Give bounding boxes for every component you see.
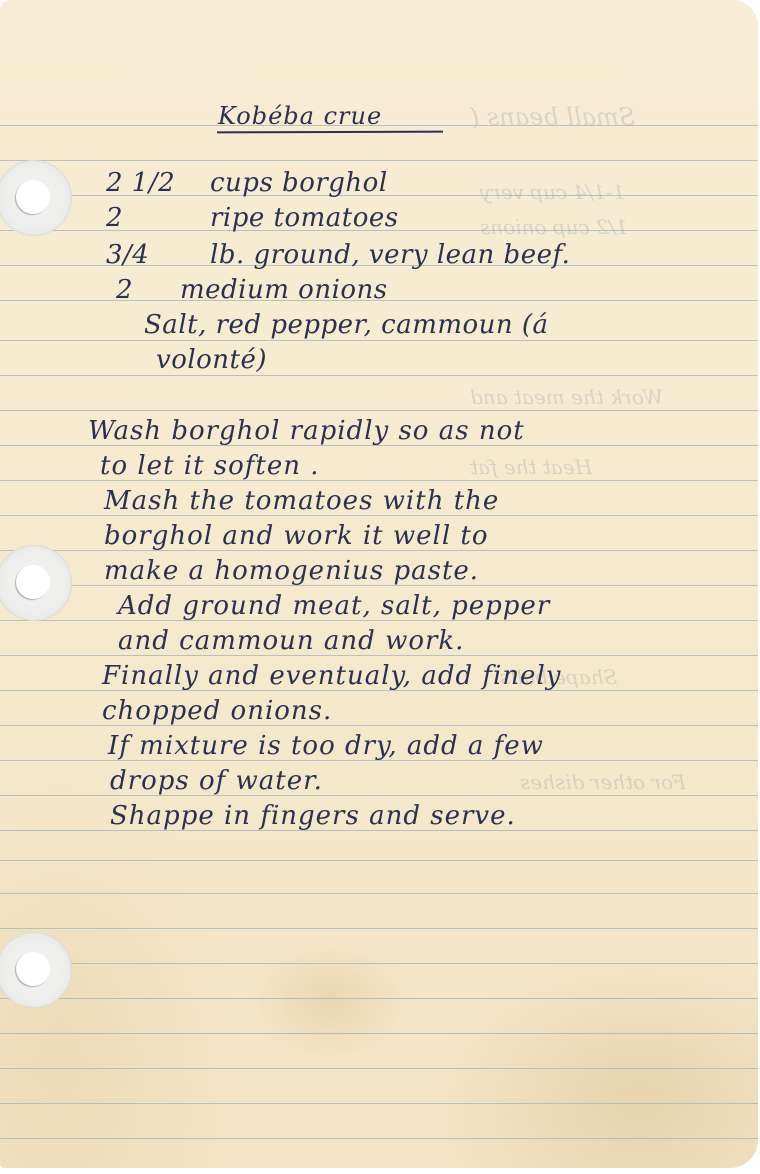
rule-line (0, 860, 758, 861)
ingredient-item: cups borghol (210, 168, 388, 198)
recipe-title: Kobéba crue (218, 104, 382, 128)
ingredient-row: 2medium onions (116, 277, 388, 303)
instruction-line: Wash borghol rapidly so as not (88, 418, 525, 444)
instruction-line: If mixture is too dry, add a few (108, 733, 544, 759)
ingredient-item: medium onions (180, 275, 388, 305)
ingredient-qty: 2 1/2 (106, 170, 210, 196)
binder-hole (0, 545, 72, 621)
bleed-through-text: 1/2 cup onions (480, 215, 628, 239)
rule-line (0, 963, 758, 964)
bleed-through-text: Small beans ( (470, 103, 635, 131)
rule-line (0, 1138, 758, 1139)
instruction-line: borghol and work it well to (104, 523, 489, 549)
bleed-through-text: Work the meat and (470, 385, 663, 409)
rule-line (0, 340, 758, 341)
hole-center (16, 565, 50, 599)
instruction-line: to let it soften . (100, 453, 320, 479)
rule-line (0, 998, 758, 999)
ingredient-qty: 2 (106, 205, 210, 231)
hole-center (16, 180, 50, 214)
seasoning-line: Salt, red pepper, cammoun (á (144, 312, 549, 338)
rule-line (0, 410, 758, 411)
seasoning-line: volonté) (156, 347, 267, 373)
rule-line (0, 1103, 758, 1104)
ingredient-row: 3/4lb. ground, very lean beef. (106, 242, 570, 268)
ingredient-item: ripe tomatoes (210, 203, 399, 233)
ingredient-row: 2 1/2cups borghol (106, 170, 388, 196)
ingredient-qty: 2 (116, 277, 180, 303)
recipe-page: Small beans ( 1-1/4 cup very 1/2 cup oni… (0, 0, 758, 1168)
rule-line (0, 160, 758, 161)
ingredient-row: 2ripe tomatoes (106, 205, 399, 231)
instruction-line: make a homogenius paste. (104, 558, 479, 584)
rule-line (0, 893, 758, 894)
bleed-through-text: For other dishes (520, 770, 686, 794)
instruction-line: chopped onions. (102, 698, 332, 724)
instruction-line: Add ground meat, salt, pepper (118, 593, 550, 619)
instruction-line: drops of water. (110, 768, 323, 794)
bleed-through-text: Heat the fat (470, 455, 592, 479)
ingredient-item: lb. ground, very lean beef. (210, 240, 570, 270)
rule-line (0, 1033, 758, 1034)
rule-line (0, 1068, 758, 1069)
bleed-through-text: 1-1/4 cup very (480, 180, 625, 204)
ingredient-qty: 3/4 (106, 242, 210, 268)
hole-center (16, 952, 50, 986)
title-underline (217, 131, 443, 134)
instruction-line: Finally and eventualy, add finely (102, 663, 561, 689)
rule-line (0, 928, 758, 929)
instruction-line: Shappe in fingers and serve. (110, 803, 516, 829)
instruction-line: and cammoun and work. (118, 628, 464, 654)
binder-hole (0, 160, 72, 236)
rule-line (0, 375, 758, 376)
instruction-line: Mash the tomatoes with the (104, 488, 499, 514)
binder-hole (0, 932, 72, 1008)
